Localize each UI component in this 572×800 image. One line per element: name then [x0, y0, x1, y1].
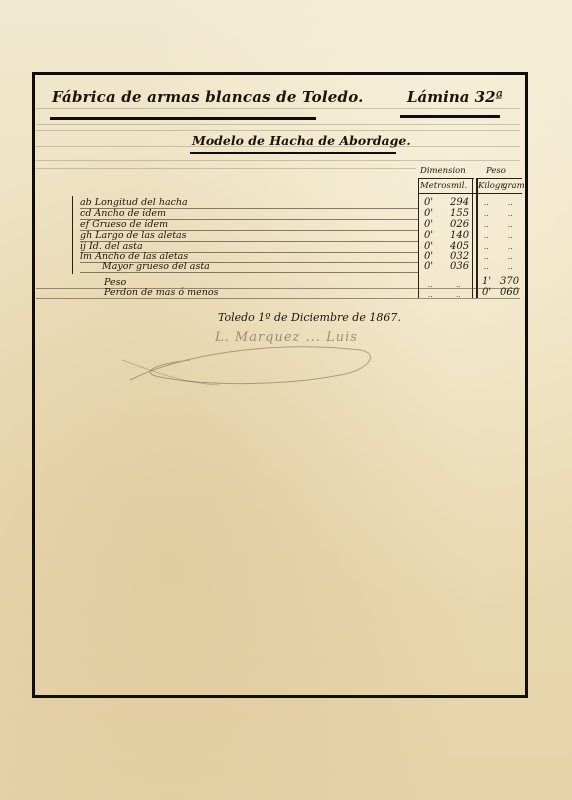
column-line: [472, 178, 473, 298]
g-value: ..: [508, 209, 512, 219]
ruled-line: [36, 160, 520, 161]
g-value: ..: [508, 262, 512, 272]
millimeters-header: mil.: [451, 181, 467, 191]
ruled-line: [36, 130, 520, 131]
document-title: Fábrica de armas blancas de Toledo.: [52, 88, 364, 106]
mm-value: 026: [450, 220, 469, 230]
row-label: ef Grueso de idem: [80, 220, 168, 230]
g-value: ..: [508, 242, 512, 252]
dimension-header: Dimension: [420, 166, 466, 176]
meters-value: 0': [424, 198, 433, 208]
g-value: ..: [508, 252, 512, 262]
plate-number: Lámina 32ª: [407, 88, 503, 106]
g-value: 060: [500, 288, 519, 298]
row-label: Mayor grueso del asta: [102, 262, 210, 272]
header-divider: [418, 178, 474, 179]
ruled-line: [36, 108, 520, 109]
row-label: gh Largo de las aletas: [80, 231, 187, 241]
meters-value: 0': [424, 209, 433, 219]
meters-value: ..: [428, 280, 432, 290]
weight-header: Peso: [486, 166, 506, 176]
subtitle-underline: [190, 152, 396, 154]
row-label: ab Longitud del hacha: [80, 198, 188, 208]
meters-value: ..: [428, 290, 432, 300]
meters-value: 0': [424, 231, 433, 241]
ruled-line: [36, 168, 416, 169]
g-value: ..: [508, 220, 512, 230]
row-line: [36, 298, 520, 299]
plate-underline: [400, 115, 500, 118]
mm-value: 294: [450, 198, 469, 208]
signature: L. Marquez ... Luis: [120, 325, 400, 395]
header-divider: [476, 178, 522, 179]
meters-value: 0': [424, 220, 433, 230]
mm-value: 140: [450, 231, 469, 241]
kg-value: ..: [484, 262, 488, 272]
document-date: Toledo 1º de Diciembre de 1867.: [218, 311, 401, 324]
meters-header: Metros: [420, 181, 451, 191]
grams-header: gram.: [502, 181, 527, 191]
kg-value: ..: [484, 209, 488, 219]
document-subtitle: Modelo de Hacha de Abordage.: [192, 133, 411, 148]
g-value: ..: [508, 198, 512, 208]
kg-value: ..: [484, 198, 488, 208]
mm-value: 036: [450, 262, 469, 272]
ruled-line: [36, 124, 520, 125]
g-value: ..: [508, 231, 512, 241]
kg-value: ..: [484, 231, 488, 241]
kg-value: ..: [484, 242, 488, 252]
column-line: [418, 178, 419, 298]
signature-text: L. Marquez ... Luis: [215, 330, 358, 345]
g-value: 370: [500, 277, 519, 287]
kg-value: 1': [482, 277, 491, 287]
title-underline: [50, 117, 316, 120]
mm-value: ..: [456, 290, 460, 300]
tolerance-label: Perdon de mas ó menos: [104, 288, 218, 298]
row-line: [80, 272, 418, 273]
kg-value: ..: [484, 252, 488, 262]
kg-value: 0': [482, 288, 491, 298]
row-bracket: [72, 196, 77, 274]
row-label: cd Ancho de idem: [80, 209, 166, 219]
meters-value: 0': [424, 262, 433, 272]
mm-value: ..: [456, 280, 460, 290]
mm-value: 155: [450, 209, 469, 219]
kg-value: ..: [484, 220, 488, 230]
header-bottom-line: [418, 193, 522, 194]
column-line: [476, 178, 478, 298]
